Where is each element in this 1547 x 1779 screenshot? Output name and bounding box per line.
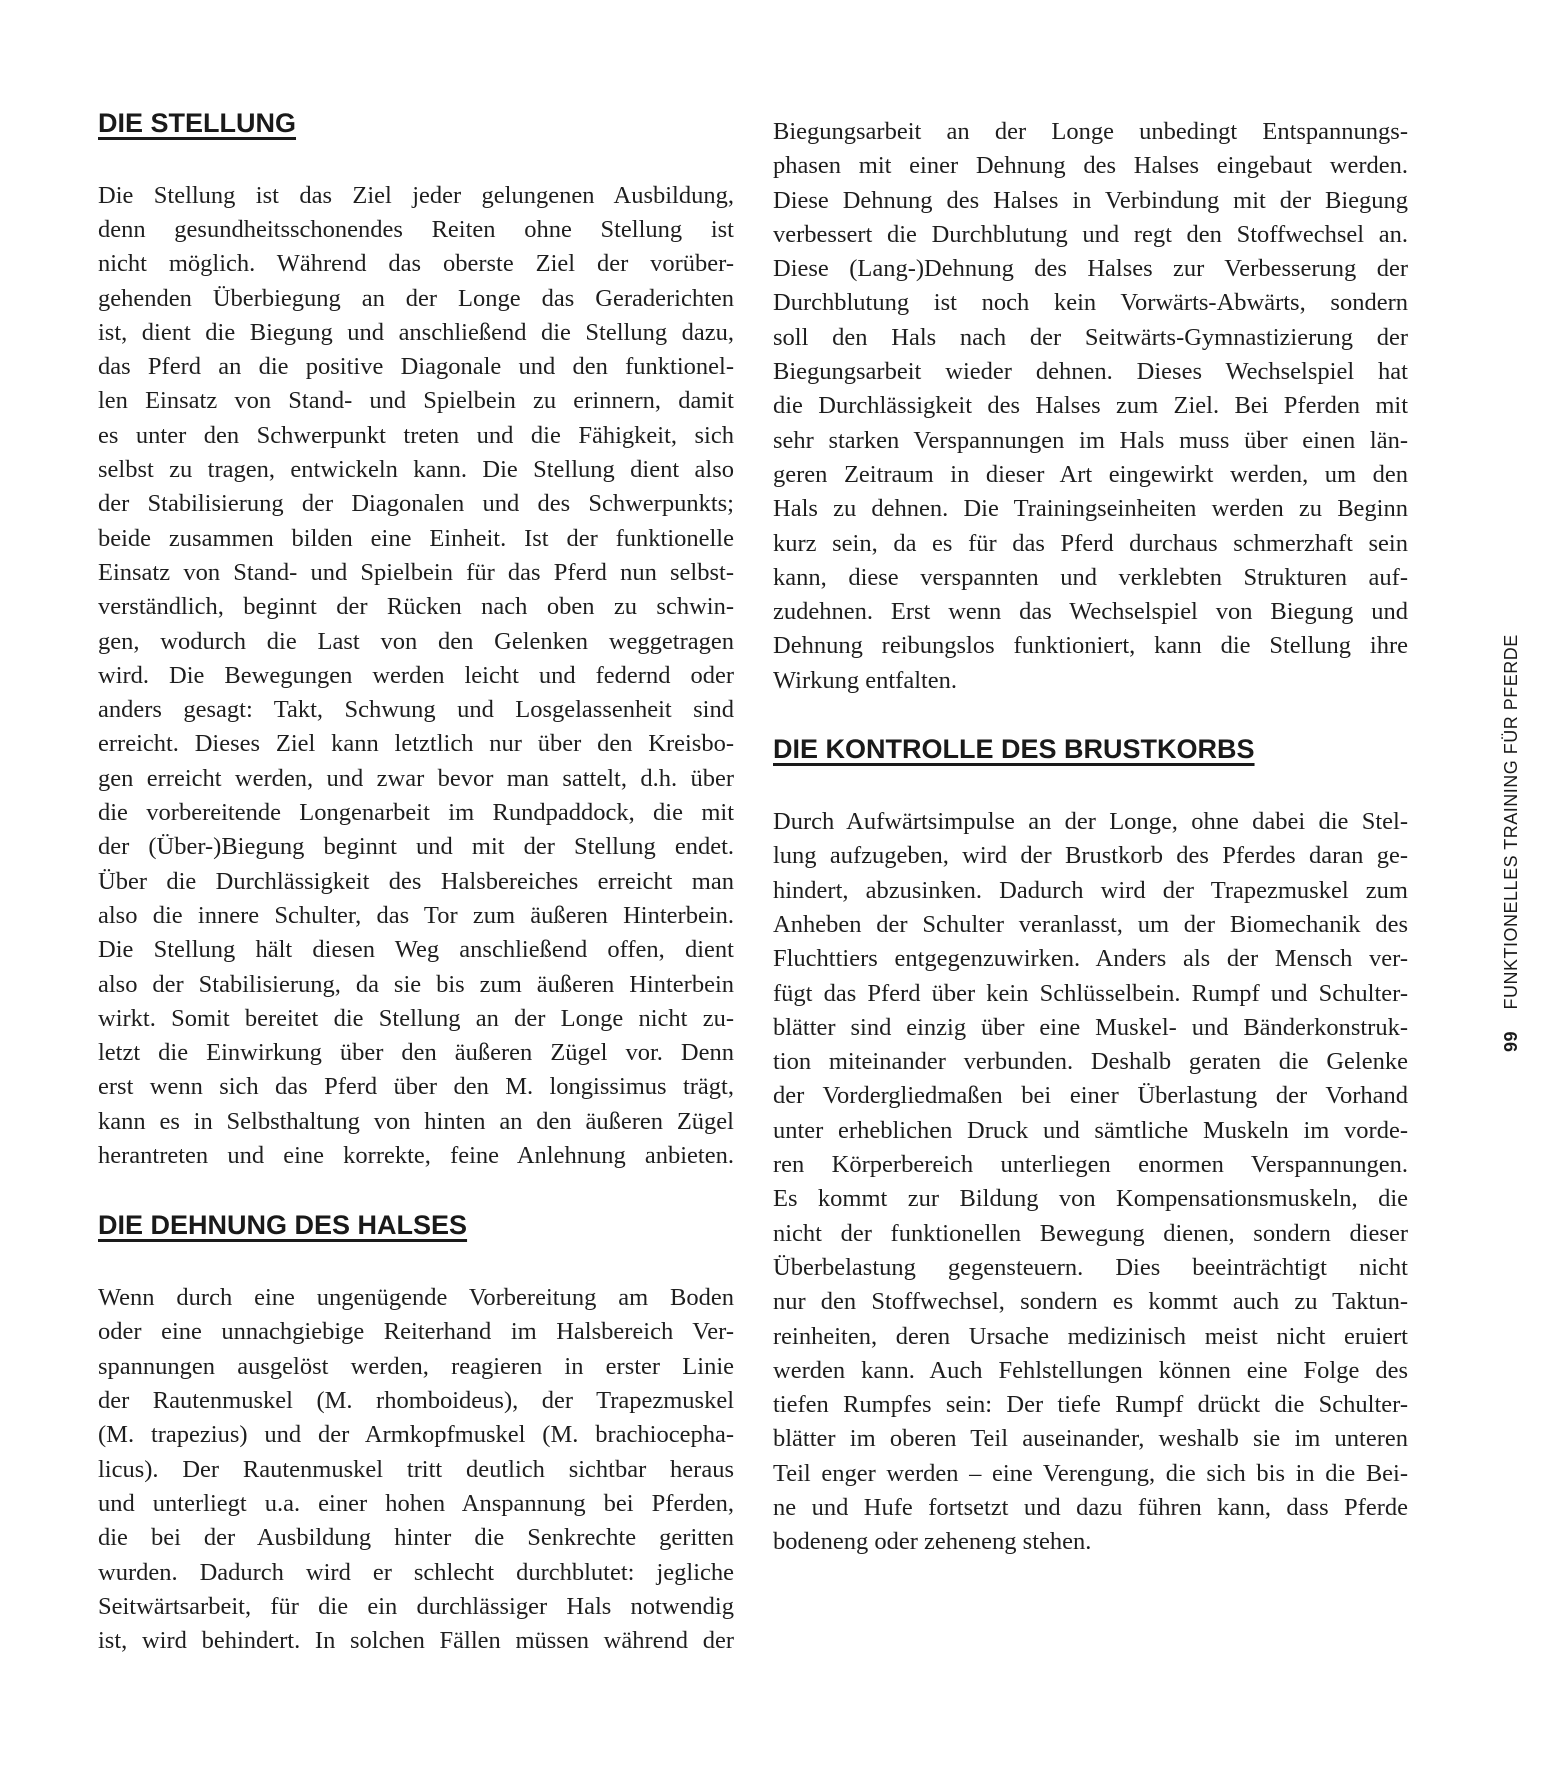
text-line: das Pferd an die positive Diagonale und … bbox=[98, 350, 734, 384]
text-line: der Vordergliedmaßen bei einer Überlastu… bbox=[773, 1079, 1408, 1113]
text-line: der Rautenmuskel (M. rhomboideus), der T… bbox=[98, 1384, 734, 1418]
text-line: ist, wird behindert. In solchen Fällen m… bbox=[98, 1624, 734, 1658]
text-line: denn gesundheitsschonendes Reiten ohne S… bbox=[98, 213, 734, 247]
text-line: ist, dient die Biegung und anschließend … bbox=[98, 316, 734, 350]
text-line: die vorbereitende Longenarbeit im Rundpa… bbox=[98, 796, 734, 830]
text-line: Biegungsarbeit wieder dehnen. Dieses Wec… bbox=[773, 355, 1408, 389]
text-line: gen erreicht werden, und zwar bevor man … bbox=[98, 762, 734, 796]
running-head: 99 FUNKTIONELLES TRAINING FÜR PFERDE bbox=[1500, 634, 1522, 1052]
text-line: fügt das Pferd über kein Schlüsselbein. … bbox=[773, 977, 1408, 1011]
text-line: tiefen Rumpfes sein: Der tiefe Rumpf drü… bbox=[773, 1388, 1408, 1422]
text-line: bodeneng oder zeheneng stehen. bbox=[773, 1525, 1408, 1559]
text-line: Diese (Lang-)Dehnung des Halses zur Verb… bbox=[773, 252, 1408, 286]
text-line: Wenn durch eine ungenügende Vorbereitung… bbox=[98, 1281, 734, 1315]
text-line: nicht der funktionellen Bewegung dienen,… bbox=[773, 1217, 1408, 1251]
text-line: wird. Die Bewegungen werden leicht und f… bbox=[98, 659, 734, 693]
text-line: der (Über-)Biegung beginnt und mit der S… bbox=[98, 830, 734, 864]
text-line: wurden. Dadurch wird er schlecht durchbl… bbox=[98, 1556, 734, 1590]
text-line: licus). Der Rautenmuskel tritt deutlich … bbox=[98, 1453, 734, 1487]
text-line: verständlich, beginnt der Rücken nach ob… bbox=[98, 590, 734, 624]
text-line: kann, diese verspannten und verklebten S… bbox=[773, 561, 1408, 595]
text-line: blätter im oberen Teil auseinander, wesh… bbox=[773, 1422, 1408, 1456]
section-heading-dehnung: DIE DEHNUNG DES HALSES bbox=[98, 1209, 467, 1241]
text-line: Fluchttiers entgegenzuwirken. Anders als… bbox=[773, 942, 1408, 976]
text-line: reinheiten, deren Ursache medizinisch me… bbox=[773, 1320, 1408, 1354]
text-line: kurz sein, da es für das Pferd durchaus … bbox=[773, 527, 1408, 561]
text-line: Einsatz von Stand- und Spielbein für das… bbox=[98, 556, 734, 590]
text-line: kann es in Selbsthaltung von hinten an d… bbox=[98, 1105, 734, 1139]
text-line: nur den Stoffwechsel, sondern es kommt a… bbox=[773, 1285, 1408, 1319]
text-line: unter erheblichen Druck und sämtliche Mu… bbox=[773, 1114, 1408, 1148]
text-line: len Einsatz von Stand- und Spielbein zu … bbox=[98, 384, 734, 418]
text-line: Über die Durchlässigkeit des Halsbereich… bbox=[98, 865, 734, 899]
text-line: Hals zu dehnen. Die Trainingseinheiten w… bbox=[773, 492, 1408, 526]
text-line: und unterliegt u.a. einer hohen Anspannu… bbox=[98, 1487, 734, 1521]
book-title: FUNKTIONELLES TRAINING FÜR PFERDE bbox=[1501, 634, 1521, 1009]
text-line: Biegungsarbeit an der Longe unbedingt En… bbox=[773, 115, 1408, 149]
text-line: Durchblutung ist noch kein Vorwärts-Abwä… bbox=[773, 286, 1408, 320]
text-line: Die Stellung hält diesen Weg anschließen… bbox=[98, 933, 734, 967]
text-line: hindert, abzusinken. Dadurch wird der Tr… bbox=[773, 874, 1408, 908]
section-heading-stellung: DIE STELLUNG bbox=[98, 107, 296, 139]
text-line: tion miteinander verbunden. Deshalb gera… bbox=[773, 1045, 1408, 1079]
page-number: 99 bbox=[1501, 1031, 1521, 1052]
text-line: herantreten und eine korrekte, feine Anl… bbox=[98, 1139, 734, 1173]
text-line: gen, wodurch die Last von den Gelenken w… bbox=[98, 625, 734, 659]
text-line: soll den Hals nach der Seitwärts-Gymnast… bbox=[773, 321, 1408, 355]
text-line: Diese Dehnung des Halses in Verbindung m… bbox=[773, 184, 1408, 218]
text-line: letzt die Einwirkung über den äußeren Zü… bbox=[98, 1036, 734, 1070]
text-line: Es kommt zur Bildung von Kompensationsmu… bbox=[773, 1182, 1408, 1216]
text-line: also der Stabilisierung, da sie bis zum … bbox=[98, 968, 734, 1002]
text-line: Wirkung entfalten. bbox=[773, 664, 1408, 698]
text-line: zudehnen. Erst wenn das Wechselspiel von… bbox=[773, 595, 1408, 629]
text-line: Durch Aufwärtsimpulse an der Longe, ohne… bbox=[773, 805, 1408, 839]
text-line: spannungen ausgelöst werden, reagieren i… bbox=[98, 1350, 734, 1384]
text-line: beide zusammen bilden eine Einheit. Ist … bbox=[98, 522, 734, 556]
text-line: anders gesagt: Takt, Schwung und Losgela… bbox=[98, 693, 734, 727]
text-line: phasen mit einer Dehnung des Halses eing… bbox=[773, 149, 1408, 183]
text-line: gehenden Überbiegung an der Longe das Ge… bbox=[98, 282, 734, 316]
text-line: es unter den Schwerpunkt treten und die … bbox=[98, 419, 734, 453]
text-line: Anheben der Schulter veranlasst, um der … bbox=[773, 908, 1408, 942]
text-line: geren Zeitraum in dieser Art eingewirkt … bbox=[773, 458, 1408, 492]
book-page: DIE STELLUNG Die Stellung ist das Ziel j… bbox=[0, 0, 1547, 1779]
text-line: ren Körperbereich unterliegen enormen Ve… bbox=[773, 1148, 1408, 1182]
text-line: blätter sind einzig über eine Muskel- un… bbox=[773, 1011, 1408, 1045]
text-line: oder eine unnachgiebige Reiterhand im Ha… bbox=[98, 1315, 734, 1349]
text-line: die bei der Ausbildung hinter die Senkre… bbox=[98, 1521, 734, 1555]
text-line: werden kann. Auch Fehlstellungen können … bbox=[773, 1354, 1408, 1388]
text-line: Die Stellung ist das Ziel jeder gelungen… bbox=[98, 179, 734, 213]
text-line: lung aufzugeben, wird der Brustkorb des … bbox=[773, 839, 1408, 873]
text-line: ne und Hufe fortsetzt und dazu führen ka… bbox=[773, 1491, 1408, 1525]
text-line: der Stabilisierung der Diagonalen und de… bbox=[98, 487, 734, 521]
text-line: wirkt. Somit bereitet die Stellung an de… bbox=[98, 1002, 734, 1036]
text-line: selbst zu tragen, entwickeln kann. Die S… bbox=[98, 453, 734, 487]
text-line: nicht möglich. Während das oberste Ziel … bbox=[98, 247, 734, 281]
text-line: erreicht. Dieses Ziel kann letztlich nur… bbox=[98, 727, 734, 761]
text-line: Teil enger werden – eine Verengung, die … bbox=[773, 1457, 1408, 1491]
text-line: sehr starken Verspannungen im Hals muss … bbox=[773, 424, 1408, 458]
text-line: die Durchlässigkeit des Halses zum Ziel.… bbox=[773, 389, 1408, 423]
text-line: (M. trapezius) und der Armkopfmuskel (M.… bbox=[98, 1418, 734, 1452]
text-line: verbessert die Durchblutung und regt den… bbox=[773, 218, 1408, 252]
text-line: also die innere Schulter, das Tor zum äu… bbox=[98, 899, 734, 933]
text-line: erst wenn sich das Pferd über den M. lon… bbox=[98, 1070, 734, 1104]
text-line: Seitwärtsarbeit, für die ein durchlässig… bbox=[98, 1590, 734, 1624]
section-heading-brustkorb: DIE KONTROLLE DES BRUSTKORBS bbox=[773, 733, 1255, 765]
text-line: Dehnung reibungslos funktioniert, kann d… bbox=[773, 629, 1408, 663]
text-line: Überbelastung gegensteuern. Dies beeintr… bbox=[773, 1251, 1408, 1285]
